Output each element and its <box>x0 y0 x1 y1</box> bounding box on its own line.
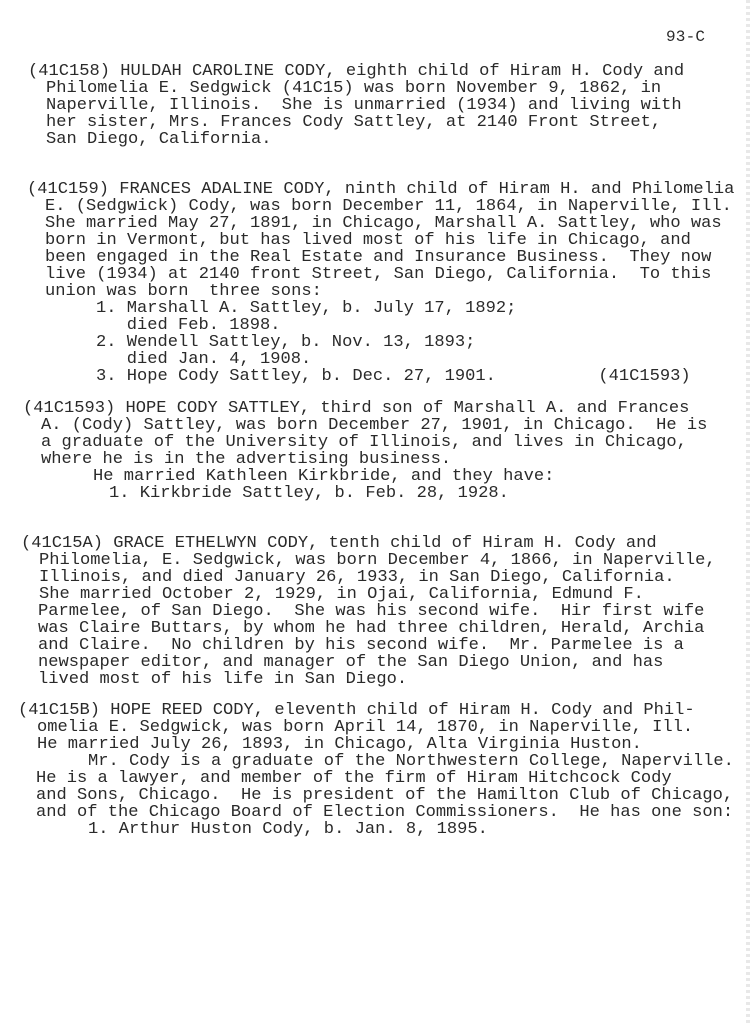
text-line: (41C15A) GRACE ETHELWYN CODY, tenth chil… <box>21 535 657 552</box>
son-list-item: 1. Marshall A. Sattley, b. July 17, 1892… <box>96 300 516 317</box>
text-line: and Sons, Chicago. He is president of th… <box>36 787 733 804</box>
text-line: E. (Sedgwick) Cody, was born December 11… <box>45 198 732 215</box>
son-list-item: 3. Hope Cody Sattley, b. Dec. 27, 1901. … <box>96 368 691 385</box>
text-line: Illinois, and died January 26, 1933, in … <box>39 569 675 586</box>
text-line: been engaged in the Real Estate and Insu… <box>45 249 711 266</box>
child-list-item: 1. Arthur Huston Cody, b. Jan. 8, 1895. <box>88 821 488 838</box>
text-line: Parmelee, of San Diego. She was his seco… <box>38 603 704 620</box>
text-line: She married October 2, 1929, in Ojai, Ca… <box>39 586 644 603</box>
text-line: newspaper editor, and manager of the San… <box>38 654 663 671</box>
scan-edge <box>746 0 750 1025</box>
text-line: her sister, Mrs. Frances Cody Sattley, a… <box>46 114 661 131</box>
text-line: Mr. Cody is a graduate of the Northweste… <box>88 753 734 770</box>
typed-document-page: 93-C (41C158) HULDAH CAROLINE CODY, eigh… <box>0 0 750 1025</box>
text-line: He is a lawyer, and member of the firm o… <box>36 770 672 787</box>
text-line: and Claire. No children by his second wi… <box>38 637 684 654</box>
text-line: Naperville, Illinois. She is unmarried (… <box>46 97 682 114</box>
text-line: and of the Chicago Board of Election Com… <box>36 804 733 821</box>
text-line: (41C15B) HOPE REED CODY, eleventh child … <box>18 702 695 719</box>
son-list-item: 2. Wendell Sattley, b. Nov. 13, 1893; <box>96 334 475 351</box>
son-list-item: died Feb. 1898. <box>96 317 281 334</box>
text-line: lived most of his life in San Diego. <box>38 671 407 688</box>
text-line: He married July 26, 1893, in Chicago, Al… <box>37 736 642 753</box>
text-line: live (1934) at 2140 front Street, San Di… <box>45 266 711 283</box>
text-line: was Claire Buttars, by whom he had three… <box>38 620 704 637</box>
text-line: Philomelia, E. Sedgwick, was born Decemb… <box>39 552 716 569</box>
text-line: (41C158) HULDAH CAROLINE CODY, eighth ch… <box>28 63 684 80</box>
text-line: union was born three sons: <box>45 283 322 300</box>
text-line: omelia E. Sedgwick, was born April 14, 1… <box>37 719 693 736</box>
son-list-item: died Jan. 4, 1908. <box>96 351 311 368</box>
text-line: where he is in the advertising business. <box>41 451 451 468</box>
text-line: (41C159) FRANCES ADALINE CODY, ninth chi… <box>27 181 734 198</box>
text-line: (41C1593) HOPE CODY SATTLEY, third son o… <box>23 400 689 417</box>
text-line: He married Kathleen Kirkbride, and they … <box>93 468 554 485</box>
text-line: a graduate of the University of Illinois… <box>41 434 687 451</box>
text-line: A. (Cody) Sattley, was born December 27,… <box>41 417 707 434</box>
page-number: 93-C <box>666 28 705 46</box>
child-list-item: 1. Kirkbride Sattley, b. Feb. 28, 1928. <box>109 485 509 502</box>
text-line: She married May 27, 1891, in Chicago, Ma… <box>45 215 722 232</box>
text-line: San Diego, California. <box>46 131 272 148</box>
text-line: born in Vermont, but has lived most of h… <box>45 232 691 249</box>
text-line: Philomelia E. Sedgwick (41C15) was born … <box>46 80 661 97</box>
